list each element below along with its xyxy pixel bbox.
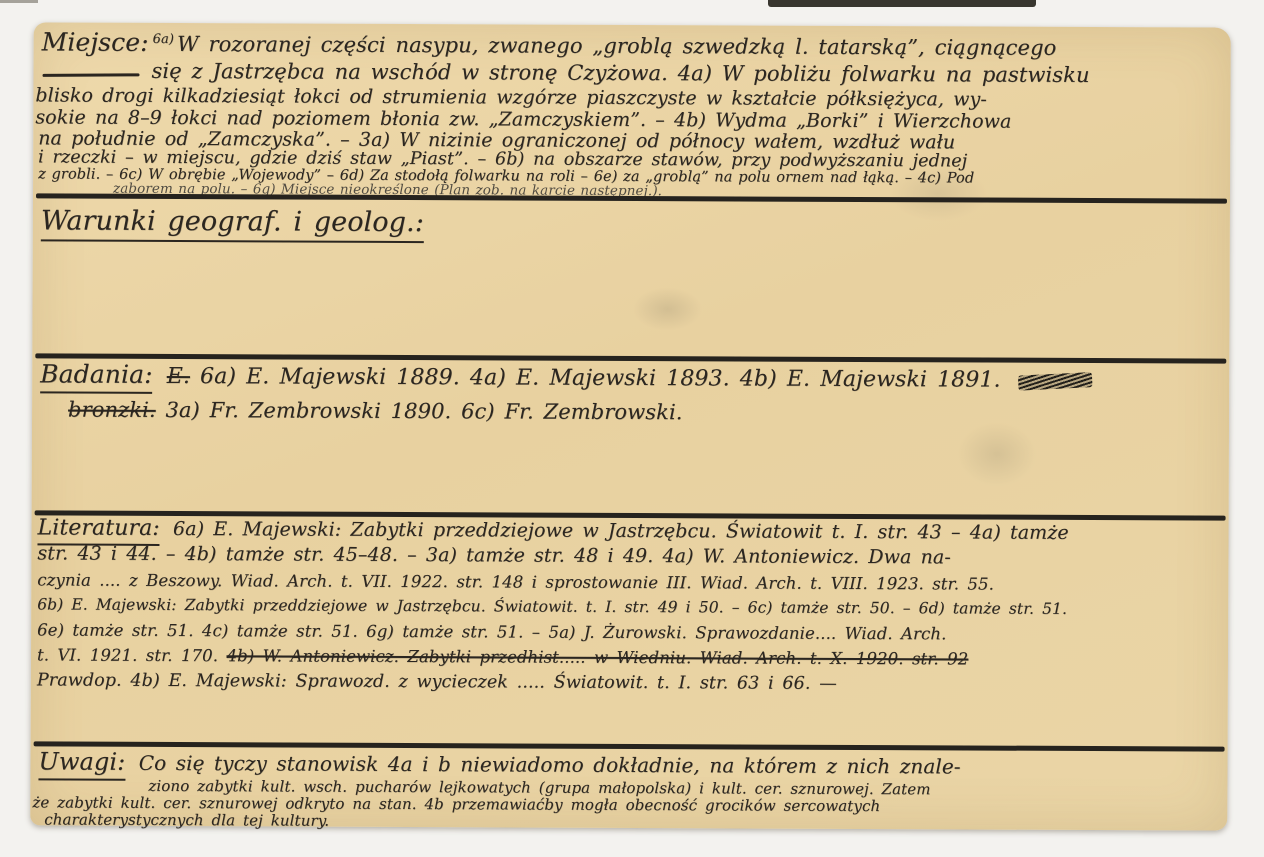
miejsce-ref-superscript: 6a): [153, 32, 174, 47]
badania-line-text: 3a) Fr. Zembrowski 1890. 6c) Fr. Zembrow…: [165, 398, 682, 424]
struck-word: bronzki.: [68, 398, 156, 422]
literatura-line-text: 6a) E. Majewski: Zabytki przeddziejowe w…: [173, 518, 1069, 544]
miejsce-underline: [43, 73, 140, 77]
index-card: Miejsce:6a)W rozoranej części nasypu, zw…: [30, 22, 1230, 830]
badania-label: Badania:: [40, 359, 153, 393]
uwagi-line: Uwagi: Co się tyczy stanowisk 4a i b nie…: [38, 748, 960, 778]
uwagi-label: Uwagi:: [38, 747, 125, 780]
warunki-header: Warunki geograf. i geolog.:: [41, 206, 428, 237]
struck-citation: 4b) W. Antoniewicz. Zabytki przedhist...…: [226, 646, 968, 668]
literatura-line: Prawdop. 4b) E. Majewski: Sprawozd. z wy…: [37, 671, 837, 694]
literatura-line: Literatura: 6a) E. Majewski: Zabytki prz…: [37, 516, 1068, 545]
literatura-line-text: t. VI. 1921. str. 170.: [37, 645, 218, 665]
badania-line-text: 6a) E. Majewski 1889. 4a) E. Majewski 18…: [200, 364, 1001, 392]
top-edge-mark: [0, 0, 38, 3]
literatura-line: 6e) tamże str. 51. 4c) tamże str. 51. 6g…: [37, 621, 946, 643]
literatura-line: str. 43 i 44. – 4b) tamże str. 45–48. – …: [37, 543, 951, 568]
literatura-line: czynia .... z Beszowy. Wiad. Arch. t. VI…: [37, 571, 994, 593]
badania-line: Badania: E. 6a) E. Majewski 1889. 4a) E.…: [40, 360, 1093, 393]
badania-line: bronzki. 3a) Fr. Zembrowski 1890. 6c) Fr…: [68, 399, 683, 425]
warunki-label: Warunki geograf. i geolog.:: [41, 205, 424, 243]
miejsce-line: Miejsce:6a)W rozoranej części nasypu, zw…: [42, 28, 1057, 60]
literatura-line: 6b) E. Majewski: Zabytki przeddziejowe w…: [37, 596, 1067, 618]
ink-smudge: [957, 421, 1037, 486]
scan-background: Miejsce:6a)W rozoranej części nasypu, zw…: [0, 0, 1264, 857]
literatura-label: Literatura:: [37, 515, 159, 546]
uwagi-line: charakterystycznych dla tej kultury.: [44, 811, 329, 829]
miejsce-line: się z Jastrzębca na wschód w stronę Czyż…: [151, 60, 1089, 87]
top-edge-strip: [768, 0, 1036, 7]
ink-smudge: [632, 287, 702, 331]
miejsce-line-text: W rozoranej części nasypu, zwanego „grob…: [177, 32, 1056, 60]
literatura-line: t. VI. 1921. str. 170. 4b) W. Antoniewic…: [37, 646, 968, 668]
miejsce-label: Miejsce:: [42, 27, 149, 56]
struck-word: E.: [167, 364, 190, 389]
scribbled-out-text: [1018, 372, 1093, 391]
uwagi-line-text: Co się tyczy stanowisk 4a i b niewiadomo…: [139, 751, 961, 779]
